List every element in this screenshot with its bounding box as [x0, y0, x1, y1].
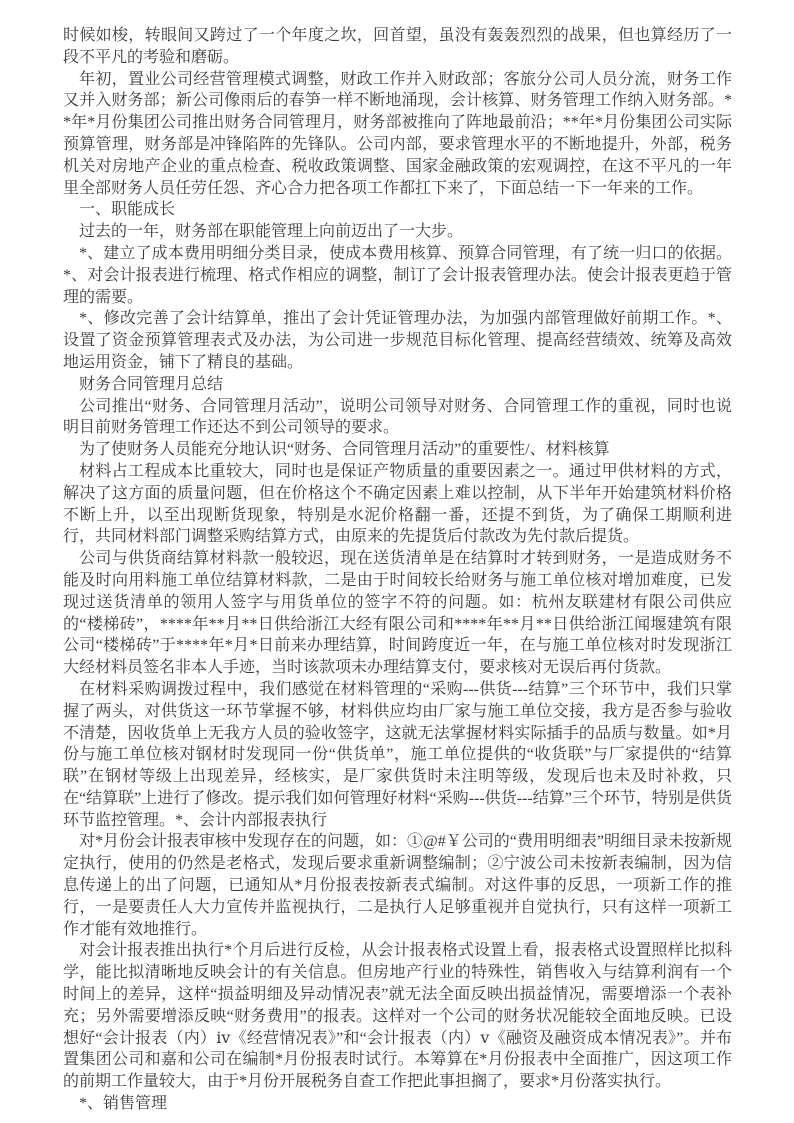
document-page: 时候如梭，转眼间又跨过了一个年度之坎，回首望，虽没有轰轰烈烈的战果，但也算经历了… — [0, 0, 794, 1123]
paragraph-cost-catalog: *、建立了成本费用明细分类目录，使成本费用核算、预算合同管理，有了统一归口的依据… — [63, 243, 732, 308]
paragraph-activity-importance: 为了使财务人员能充分地认识“财务、合同管理月活动”的重要性/、材料核算 — [63, 439, 732, 461]
paragraph-settlement-sheet: *、修改完善了会计结算单，推出了会计凭证管理办法，为加强内部管理做好前期工作。*… — [63, 308, 732, 373]
paragraph-material-cost: 材料占工程成本比重较大，同时也是保证产物质量的重要因素之一。通过甲供材料的方式，… — [63, 461, 732, 548]
paragraph-continuation: 时候如梭，转眼间又跨过了一个年度之坎，回首望，虽没有轰轰烈烈的战果，但也算经历了… — [63, 25, 732, 69]
paragraph-procurement-links: 在材料采购调拨过程中，我们感觉在材料管理的“采购---供货---结算”三个环节中… — [63, 679, 732, 832]
paragraph-year-start: 年初，置业公司经营管理模式调整，财政工作并入财政部；客旅分公司人员分流，财务工作… — [63, 69, 732, 200]
paragraph-supplier-settlement: 公司与供货商结算材料款一般较迟，现在送货清单是在结算时才转到财务，一是造成财务不… — [63, 548, 732, 679]
section-heading-functional-growth: 一、职能成长 — [63, 199, 732, 221]
paragraph-past-year: 过去的一年，财务部在职能管理上向前迈出了一大步。 — [63, 221, 732, 243]
paragraph-report-audit-issues: 对*月份会计报表审核中发现存在的问题，如：①@#￥公司的“费用明细表”明细目录未… — [63, 831, 732, 940]
paragraph-report-review: 对会计报表推出执行*个月后进行反检，从会计报表格式设置上看，报表格式设置照样比拟… — [63, 940, 732, 1093]
paragraph-activity-launch: 公司推出“财务、合同管理月活动”，说明公司领导对财务、合同管理工作的重视，同时也… — [63, 396, 732, 440]
section-heading-contract-month-summary: 财务合同管理月总结 — [63, 374, 732, 396]
section-heading-sales-management: *、销售管理 — [63, 1093, 732, 1115]
